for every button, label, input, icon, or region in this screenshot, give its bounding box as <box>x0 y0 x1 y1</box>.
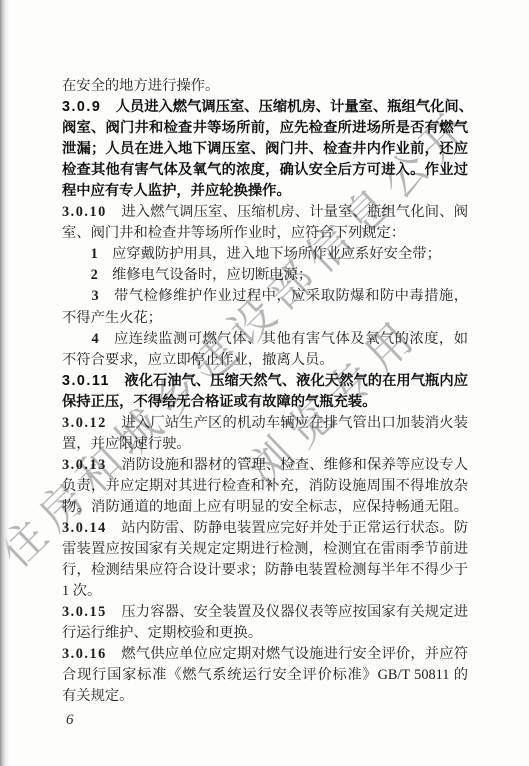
text-line: 雷装置应按国家有关规定定期进行检测，检测宜在雷雨季节前进 <box>62 539 468 560</box>
text-segment: 燃气供应单位应定期对燃气设施进行安全评价，并应符 <box>107 646 468 662</box>
text-line: 3.0.14 站内防雷、防静电装置应完好并处于正常运行状态。防 <box>62 518 468 539</box>
text-segment: 不符合要求，应立即停止作业，撤离人员。 <box>62 352 334 368</box>
text-segment: 保持正压，不得给无合格证或有故障的气瓶充装。 <box>62 394 377 410</box>
text-segment: 泄漏；人员在进入地下调压室、阀门井、检查井内作业前，还应 <box>62 141 468 157</box>
item-number: 4 <box>92 331 99 347</box>
clause-number: 3.0.12 <box>62 415 107 431</box>
document-page: 住房和城乡建设部信息公开 浏览专用 在安全的地方进行操作。3.0.9 人员进入燃… <box>0 0 529 766</box>
text-line: 3.0.16 燃气供应单位应定期对燃气设施进行安全评价，并应符 <box>62 644 468 665</box>
text-segment: 应穿戴防护用具，进入地下场所作业应系好安全带； <box>98 246 441 262</box>
text-segment <box>62 246 91 262</box>
item-number: 3 <box>92 288 99 304</box>
text-line: 有关规定。 <box>62 686 468 707</box>
clause-number: 3.0.9 <box>62 99 101 115</box>
clause-number: 3.0.10 <box>62 204 107 220</box>
text-segment: 在安全的地方进行操作。 <box>62 78 219 94</box>
text-segment: 雷装置应按国家有关规定定期进行检测，检测宜在雷雨季节前进 <box>62 541 468 557</box>
text-segment: 压力容器、安全装置及仪器仪表等应按国家有关规定进 <box>107 604 468 620</box>
text-segment: 有关规定。 <box>62 688 133 704</box>
text-segment: 程中应有专人监护，并应轮换操作。 <box>62 183 291 199</box>
text-line: 2 维修电气设备时，应切断电源； <box>62 265 468 286</box>
text-segment <box>62 288 92 304</box>
text-line: 物。消防通道的地面上应有明显的安全标志，应保持畅通无阻。 <box>62 497 468 518</box>
text-line: 3 带气检修维护作业过程中，应采取防爆和防中毒措施， <box>62 286 468 307</box>
text-line: 置，并应限速行驶。 <box>62 434 468 455</box>
text-line: 3.0.15 压力容器、安全装置及仪器仪表等应按国家有关规定进 <box>62 602 468 623</box>
text-segment: 维修电气设备时，应切断电源； <box>98 267 312 283</box>
text-segment: 进入燃气调压室、压缩机房、计量室、瓶组气化间、阀 <box>107 204 468 220</box>
text-line: 不得产生火花； <box>62 308 468 329</box>
text-segment: 站内防雷、防静电装置应完好并处于正常运行状态。防 <box>107 520 468 536</box>
scan-edge-shadow <box>0 0 9 766</box>
text-segment: 负责，并应定期对其进行检查和补充，消防设施周围不得堆放杂 <box>62 478 468 494</box>
text-segment <box>62 331 92 347</box>
text-segment: 行运行维护、定期校验和更换。 <box>62 625 262 641</box>
text-line: 检查其他有害气体及氧气的浓度，确认安全后方可进入。作业过 <box>62 160 468 181</box>
text-line: 3.0.12 进入厂站生产区的机动车辆应在排气管出口加装消火装 <box>62 413 468 434</box>
text-line: 合现行国家标准《燃气系统运行安全评价标准》GB/T 50811 的 <box>62 665 468 686</box>
text-line: 1 应穿戴防护用具，进入地下场所作业应系好安全带； <box>62 244 468 265</box>
text-line: 行运行维护、定期校验和更换。 <box>62 623 468 644</box>
text-segment: 阀室、阀门井和检查井等场所前，应先检查所进场所是否有燃气 <box>62 120 468 136</box>
text-segment: 消防设施和器材的管理、检查、维修和保养等应设专人 <box>107 457 468 473</box>
clause-number: 3.0.11 <box>62 373 110 389</box>
text-segment <box>62 267 91 283</box>
text-segment: 进入厂站生产区的机动车辆应在排气管出口加装消火装 <box>107 415 468 431</box>
text-segment: 行，检测结果应符合设计要求；防静电装置检测每半年不得少于 <box>62 562 468 578</box>
text-line: 1 次。 <box>62 581 468 602</box>
text-line: 3.0.10 进入燃气调压室、压缩机房、计量室、瓶组气化间、阀 <box>62 202 468 223</box>
text-segment: 不得产生火花； <box>62 310 162 326</box>
text-segment: 合现行国家标准《燃气系统运行安全评价标准》GB/T 50811 的 <box>62 667 468 683</box>
item-number: 1 <box>91 246 98 262</box>
clause-number: 3.0.16 <box>62 646 107 662</box>
text-segment: 液化石油气、压缩天然气、液化天然气的在用气瓶内应 <box>110 373 468 389</box>
text-line: 泄漏；人员在进入地下调压室、阀门井、检查井内作业前，还应 <box>62 139 468 160</box>
text-segment: 检查其他有害气体及氧气的浓度，确认安全后方可进入。作业过 <box>62 162 468 178</box>
clause-number: 3.0.13 <box>62 457 107 473</box>
item-number: 2 <box>91 267 98 283</box>
clause-number: 3.0.14 <box>62 520 107 536</box>
text-line: 3.0.11 液化石油气、压缩天然气、液化天然气的在用气瓶内应 <box>62 371 468 392</box>
text-line: 4 应连续监测可燃气体、其他有害气体及氧气的浓度，如 <box>62 329 468 350</box>
clause-number: 3.0.15 <box>62 604 107 620</box>
text-line: 行，检测结果应符合设计要求；防静电装置检测每半年不得少于 <box>62 560 468 581</box>
text-line: 3.0.9 人员进入燃气调压室、压缩机房、计量室、瓶组气化间、 <box>62 97 468 118</box>
document-body: 在安全的地方进行操作。3.0.9 人员进入燃气调压室、压缩机房、计量室、瓶组气化… <box>62 76 468 707</box>
text-segment: 室、阀门井和检查井等场所作业时，应符合下列规定： <box>62 225 405 241</box>
text-segment: 物。消防通道的地面上应有明显的安全标志，应保持畅通无阻。 <box>62 499 468 515</box>
text-segment: 带气检修维护作业过程中，应采取防爆和防中毒措施， <box>99 288 468 304</box>
text-segment: 置，并应限速行驶。 <box>62 436 191 452</box>
text-line: 不符合要求，应立即停止作业，撤离人员。 <box>62 350 468 371</box>
text-line: 负责，并应定期对其进行检查和补充，消防设施周围不得堆放杂 <box>62 476 468 497</box>
text-line: 程中应有专人监护，并应轮换操作。 <box>62 181 468 202</box>
text-segment: 1 次。 <box>62 583 101 599</box>
text-line: 3.0.13 消防设施和器材的管理、检查、维修和保养等应设专人 <box>62 455 468 476</box>
text-line: 阀室、阀门井和检查井等场所前，应先检查所进场所是否有燃气 <box>62 118 468 139</box>
text-line: 在安全的地方进行操作。 <box>62 76 468 97</box>
text-line: 保持正压，不得给无合格证或有故障的气瓶充装。 <box>62 392 468 413</box>
page-number: 6 <box>66 712 74 729</box>
text-segment: 应连续监测可燃气体、其他有害气体及氧气的浓度，如 <box>99 331 468 347</box>
text-segment: 人员进入燃气调压室、压缩机房、计量室、瓶组气化间、 <box>101 99 473 115</box>
text-line: 室、阀门井和检查井等场所作业时，应符合下列规定： <box>62 223 468 244</box>
